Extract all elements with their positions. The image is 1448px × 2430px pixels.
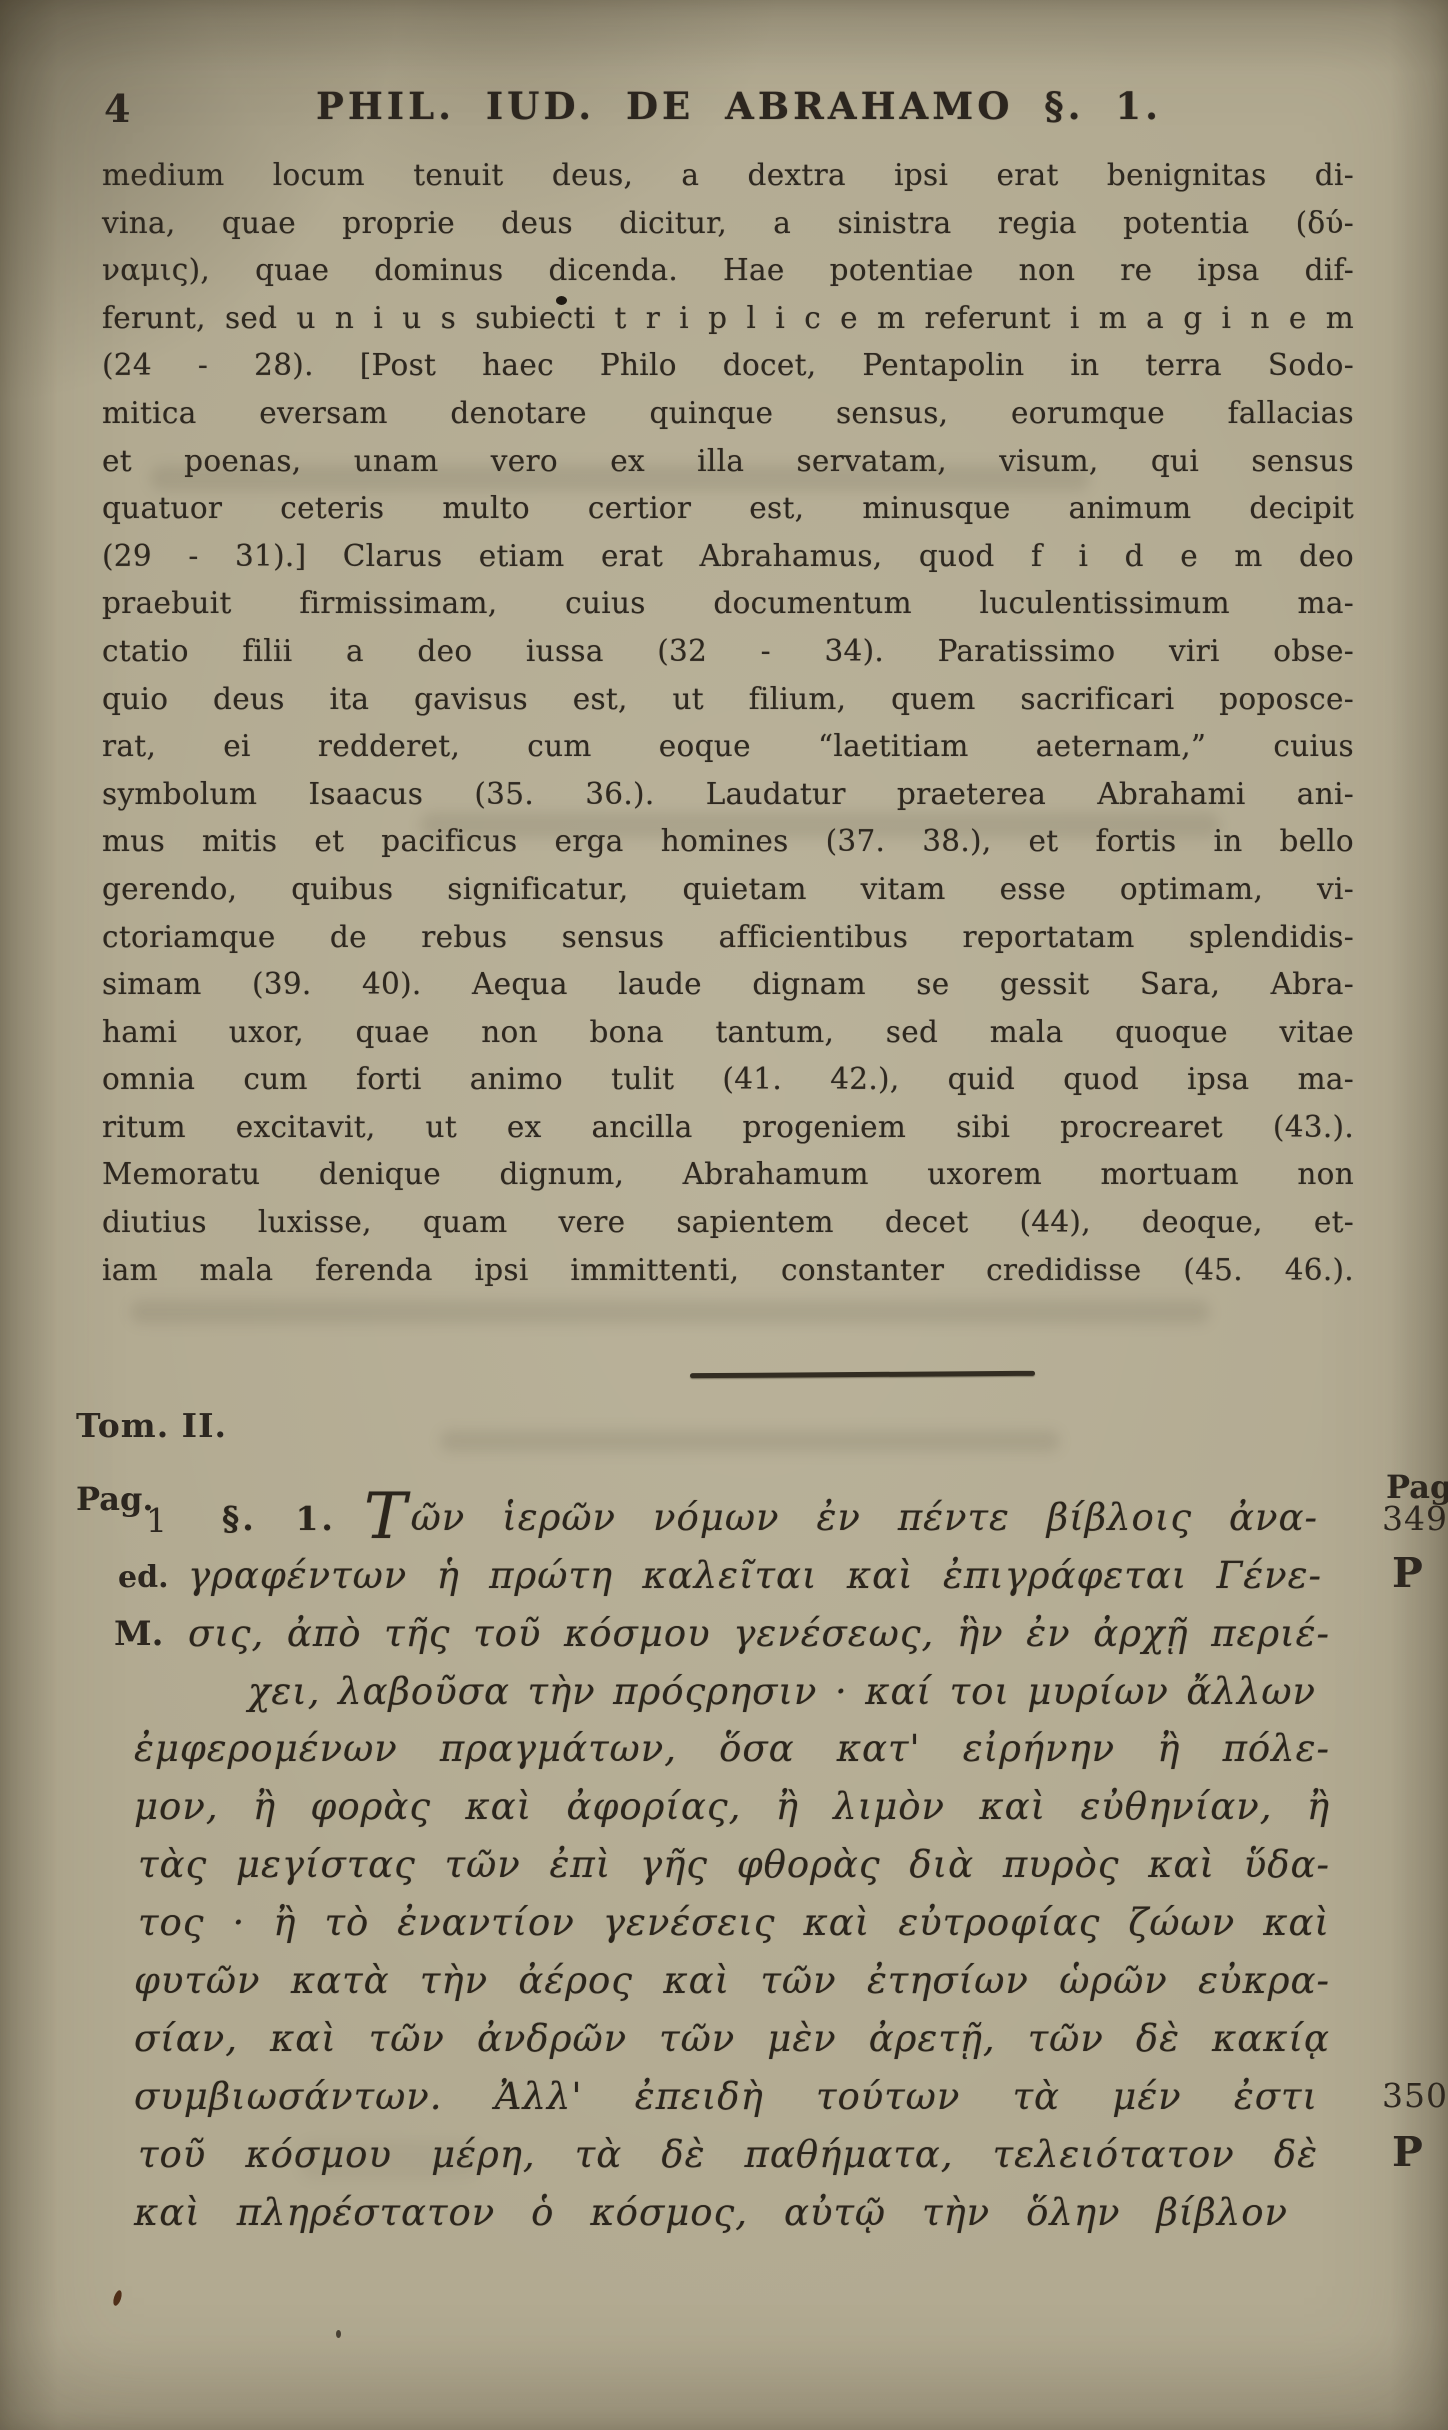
- latin-line: symbolum Isaacus (35. 36.). Laudatur pra…: [102, 771, 1354, 819]
- ink-speck: [112, 2289, 124, 2306]
- greek-line: τὰς μεγίστας τῶν ἐπὶ γῆς φθορὰς διὰ πυρὸ…: [138, 1840, 1330, 1890]
- margin-edition-ref: M.: [114, 1614, 163, 1654]
- section-divider-rule: [690, 1371, 1035, 1378]
- greek-text: φυτῶν κατὰ τὴν ἀέρος καὶ τῶν ἐτησίων ὡρῶ…: [134, 1959, 1330, 2002]
- ink-speck: [336, 2330, 341, 2338]
- latin-line: (29 - 31).] Clarus etiam erat Abrahamus,…: [102, 533, 1354, 581]
- greek-line: χει, λαβοῦσα τὴν πρόςρησιν · καί τοι μυρ…: [248, 1667, 1316, 1717]
- greek-line: σίαν, καὶ τῶν ἀνδρῶν τῶν μὲν ἀρετῇ, τῶν …: [134, 2014, 1330, 2064]
- latin-line: simam (39. 40). Aequa laude dignam se ge…: [102, 961, 1354, 1009]
- latin-line: diutius luxisse, quam vere sapientem dec…: [102, 1199, 1354, 1247]
- page-column-label-left: Pag.: [76, 1480, 153, 1518]
- greek-line: §. 1.Τῶν ἱερῶν νόμων ἐν πέντε βίβλοις ἀν…: [222, 1493, 1318, 1544]
- latin-line: quatuor ceteris multo certior est, minus…: [102, 485, 1354, 533]
- latin-line: Memoratu denique dignum, Abrahamum uxore…: [102, 1151, 1354, 1199]
- greek-text: ῶν ἱερῶν νόμων ἐν πέντε βίβλοις ἀνα-: [411, 1496, 1318, 1539]
- section-marker: §. 1.: [222, 1499, 336, 1538]
- bleedthrough-smudge: [440, 1430, 1060, 1452]
- greek-text: τοῦ κόσμου μέρη, τὰ δὲ παθήματα, τελειότ…: [138, 2133, 1318, 2176]
- greek-line: μον, ἢ φορὰς καὶ ἀφορίας, ἢ λιμὸν καὶ εὐ…: [134, 1782, 1330, 1832]
- greek-text: τος · ἢ τὸ ἐναντίον γενέσεις καὶ εὐτροφί…: [138, 1901, 1330, 1944]
- latin-line: rat, ei redderet, cum eoque “laetitiam a…: [102, 723, 1354, 771]
- latin-line: ferunt, sed u n i u s subiecti t r i p l…: [102, 295, 1354, 343]
- greek-text: καὶ πληρέστατον ὁ κόσμος, αὐτῷ τὴν ὅλην …: [134, 2191, 1288, 2234]
- latin-line: mus mitis et pacificus erga homines (37.…: [102, 818, 1354, 866]
- latin-line: ctatio filii a deo iussa (32 - 34). Para…: [102, 628, 1354, 676]
- greek-line: φυτῶν κατὰ τὴν ἀέρος καὶ τῶν ἐτησίων ὡρῶ…: [134, 1956, 1330, 2006]
- latin-line: gerendo, quibus significatur, quietam vi…: [102, 866, 1354, 914]
- greek-line: τος · ἢ τὸ ἐναντίον γενέσεις καὶ εὐτροφί…: [138, 1898, 1330, 1948]
- drop-cap-initial: Τ: [364, 1480, 407, 1554]
- greek-line: τοῦ κόσμου μέρη, τὰ δὲ παθήματα, τελειότ…: [138, 2130, 1318, 2180]
- greek-line: καὶ πληρέστατον ὁ κόσμος, αὐτῷ τὴν ὅλην …: [134, 2188, 1288, 2238]
- greek-text: σις, ἀπὸ τῆς τοῦ κόσμου γενέσεως, ἣν ἐν …: [188, 1612, 1330, 1655]
- latin-line: omnia cum forti animo tulit (41. 42.), q…: [102, 1056, 1354, 1104]
- latin-summary-paragraph: medium locum tenuit deus, a dextra ipsi …: [102, 152, 1354, 1294]
- margin-page-ref: 349: [1382, 1499, 1448, 1538]
- greek-text: συμβιωσάντων. Ἀλλ' ἐπειδὴ τούτων τὰ μέν …: [134, 2075, 1318, 2118]
- margin-page-ref: 350: [1382, 2076, 1448, 2115]
- margin-edition-ref: ed.: [118, 1560, 169, 1595]
- margin-page-ref: 1: [146, 1501, 168, 1540]
- latin-line: et poenas, unam vero ex illa servatam, v…: [102, 438, 1354, 486]
- latin-line: vina, quae proprie deus dicitur, a sinis…: [102, 200, 1354, 248]
- greek-text: σίαν, καὶ τῶν ἀνδρῶν τῶν μὲν ἀρετῇ, τῶν …: [134, 2017, 1330, 2060]
- latin-line: ναμις), quae dominus dicenda. Hae potent…: [102, 247, 1354, 295]
- page-number: 4: [104, 86, 132, 131]
- latin-line: hami uxor, quae non bona tantum, sed mal…: [102, 1009, 1354, 1057]
- scanned-book-page: 4 PHIL. IUD. DE ABRAHAMO §. 1. medium lo…: [0, 0, 1448, 2430]
- greek-line: σις, ἀπὸ τῆς τοῦ κόσμου γενέσεως, ἣν ἐν …: [188, 1609, 1330, 1659]
- greek-line: συμβιωσάντων. Ἀλλ' ἐπειδὴ τούτων τὰ μέν …: [134, 2072, 1318, 2122]
- greek-text: γραφέντων ἡ πρώτη καλεῖται καὶ ἐπιγράφετ…: [188, 1554, 1322, 1597]
- greek-text: τὰς μεγίστας τῶν ἐπὶ γῆς φθορὰς διὰ πυρὸ…: [138, 1843, 1330, 1886]
- margin-edition-ref: P: [1392, 1549, 1423, 1597]
- latin-line: iam mala ferenda ipsi immittenti, consta…: [102, 1247, 1354, 1295]
- latin-line: mitica eversam denotare quinque sensus, …: [102, 390, 1354, 438]
- volume-label: Tom. II.: [76, 1406, 227, 1445]
- running-title: PHIL. IUD. DE ABRAHAMO §. 1.: [316, 84, 1162, 128]
- latin-line: ctoriamque de rebus sensus afficientibus…: [102, 914, 1354, 962]
- latin-line: (24 - 28). [Post haec Philo docet, Penta…: [102, 342, 1354, 390]
- greek-text: χει, λαβοῦσα τὴν πρόςρησιν · καί τοι μυρ…: [248, 1670, 1316, 1713]
- bleedthrough-smudge: [130, 1300, 1210, 1324]
- latin-line: quio deus ita gavisus est, ut filium, qu…: [102, 676, 1354, 724]
- margin-edition-ref: P: [1392, 2128, 1423, 2176]
- latin-line: praebuit firmissimam, cuius documentum l…: [102, 580, 1354, 628]
- latin-line: medium locum tenuit deus, a dextra ipsi …: [102, 152, 1354, 200]
- greek-line: γραφέντων ἡ πρώτη καλεῖται καὶ ἐπιγράφετ…: [188, 1551, 1322, 1601]
- greek-text: μον, ἢ φορὰς καὶ ἀφορίας, ἢ λιμὸν καὶ εὐ…: [134, 1785, 1330, 1828]
- greek-line: ἐμφερομένων πραγμάτων, ὅσα κατ' εἰρήνην …: [134, 1724, 1330, 1774]
- latin-line: ritum excitavit, ut ex ancilla progeniem…: [102, 1104, 1354, 1152]
- greek-text: ἐμφερομένων πραγμάτων, ὅσα κατ' εἰρήνην …: [134, 1727, 1330, 1770]
